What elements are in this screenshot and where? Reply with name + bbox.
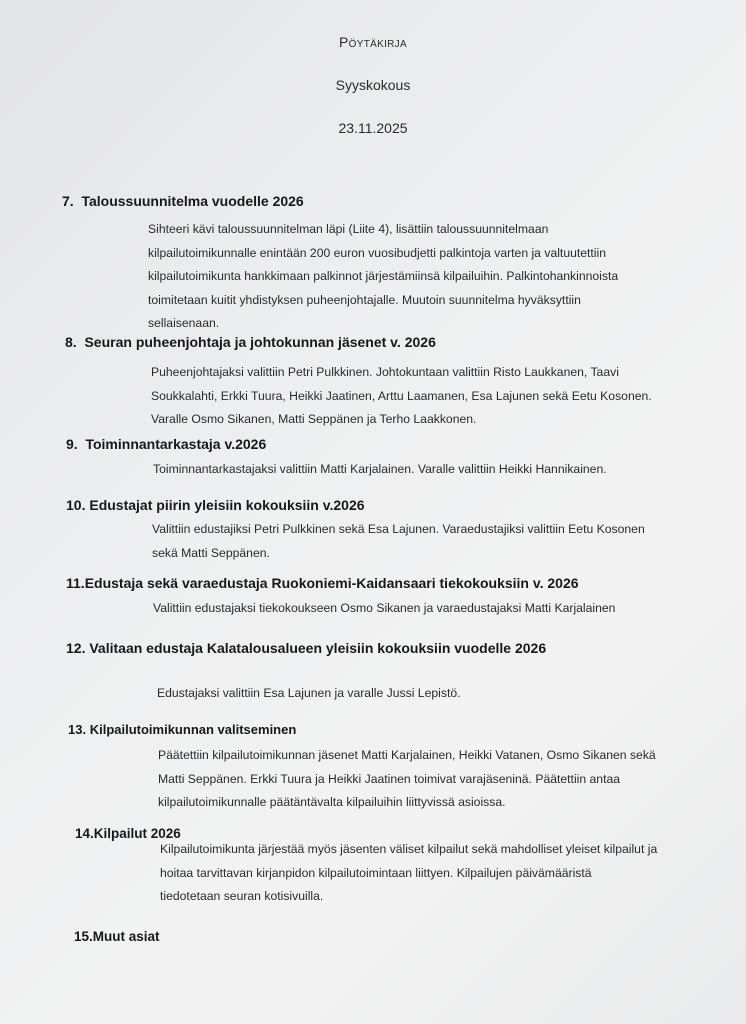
document-title: Pöytäkirja: [0, 34, 746, 50]
section-number: 13.: [68, 722, 86, 737]
section-14-body: Kilpailutoimikunta järjestää myös jäsent…: [160, 838, 657, 909]
section-title: Muut asiat: [93, 929, 160, 944]
section-12-body: Edustajaksi valittiin Esa Lajunen ja var…: [157, 682, 461, 706]
section-number: 10.: [66, 497, 85, 513]
meeting-name: Syyskokous: [0, 77, 746, 93]
body-line: Edustajaksi valittiin Esa Lajunen ja var…: [157, 682, 461, 706]
section-13-heading: 13. Kilpailutoimikunnan valitseminen: [68, 722, 296, 737]
section-title: Seuran puheenjohtaja ja johtokunnan jäse…: [84, 334, 435, 350]
body-line: kilpailutoimikunta hankkimaan palkinnot …: [148, 265, 618, 289]
body-line: hoitaa tarvittavan kirjanpidon kilpailut…: [160, 862, 657, 886]
section-11-body: Valittiin edustajaksi tiekokoukseen Osmo…: [153, 597, 615, 621]
section-7-body: Sihteeri kävi taloussuunnitelman läpi (L…: [148, 218, 618, 336]
body-line: Sihteeri kävi taloussuunnitelman läpi (L…: [148, 218, 618, 242]
body-line: Kilpailutoimikunta järjestää myös jäsent…: [160, 838, 657, 862]
section-8-body: Puheenjohtajaksi valittiin Petri Pulkkin…: [151, 361, 652, 432]
body-line: Valittiin edustajaksi tiekokoukseen Osmo…: [153, 597, 615, 621]
section-title: Valitaan edustaja Kalatalousalueen yleis…: [89, 640, 546, 656]
section-number: 9.: [66, 436, 78, 452]
document-page: Pöytäkirja Syyskokous 23.11.2025 7. Talo…: [0, 0, 746, 1024]
section-title: Edustajat piirin yleisiin kokouksiin v.2…: [89, 497, 364, 513]
body-line: sellaisenaan.: [148, 312, 618, 336]
section-11-heading: 11.Edustaja sekä varaedustaja Ruokoniemi…: [66, 575, 579, 591]
section-title: Edustaja sekä varaedustaja Ruokoniemi-Ka…: [85, 575, 579, 591]
section-number: 14.: [75, 826, 94, 841]
body-line: Varalle Osmo Sikanen, Matti Seppänen ja …: [151, 408, 652, 432]
body-line: Soukkalahti, Erkki Tuura, Heikki Jaatine…: [151, 385, 652, 409]
section-10-body: Valittiin edustajiksi Petri Pulkkinen se…: [152, 518, 645, 565]
section-number: 12.: [66, 640, 85, 656]
body-line: sekä Matti Seppänen.: [152, 542, 645, 566]
section-number: 15.: [74, 929, 93, 944]
section-13-body: Päätettiin kilpailutoimikunnan jäsenet M…: [158, 744, 656, 815]
section-number: 8.: [65, 334, 77, 350]
section-number: 11.: [66, 575, 85, 591]
body-line: toimitetaan kuitit yhdistyksen puheenjoh…: [148, 289, 618, 313]
body-line: tiedotetaan seuran kotisivuilla.: [160, 885, 657, 909]
section-8-heading: 8. Seuran puheenjohtaja ja johtokunnan j…: [65, 334, 436, 350]
section-10-heading: 10. Edustajat piirin yleisiin kokouksiin…: [66, 497, 365, 513]
section-15-heading: 15.Muut asiat: [74, 929, 160, 944]
section-12-heading: 12. Valitaan edustaja Kalatalousalueen y…: [66, 640, 546, 656]
body-line: Matti Seppänen. Erkki Tuura ja Heikki Ja…: [158, 768, 656, 792]
section-9-body: Toiminnantarkastajaksi valittiin Matti K…: [153, 458, 607, 482]
body-line: Toiminnantarkastajaksi valittiin Matti K…: [153, 458, 607, 482]
body-line: kilpailutoimikunnalle enintään 200 euron…: [148, 242, 618, 266]
body-line: Puheenjohtajaksi valittiin Petri Pulkkin…: [151, 361, 652, 385]
section-7-heading: 7. Taloussuunnitelma vuodelle 2026: [62, 193, 304, 209]
section-number: 7.: [62, 193, 74, 209]
body-line: kilpailutoimikunnalle päätäntävalta kilp…: [158, 791, 656, 815]
body-line: Valittiin edustajiksi Petri Pulkkinen se…: [152, 518, 645, 542]
section-title: Kilpailutoimikunnan valitseminen: [90, 722, 297, 737]
section-title: Taloussuunnitelma vuodelle 2026: [81, 193, 303, 209]
section-title: Toiminnantarkastaja v.2026: [85, 436, 266, 452]
meeting-date: 23.11.2025: [0, 120, 746, 136]
body-line: Päätettiin kilpailutoimikunnan jäsenet M…: [158, 744, 656, 768]
section-9-heading: 9. Toiminnantarkastaja v.2026: [66, 436, 266, 452]
